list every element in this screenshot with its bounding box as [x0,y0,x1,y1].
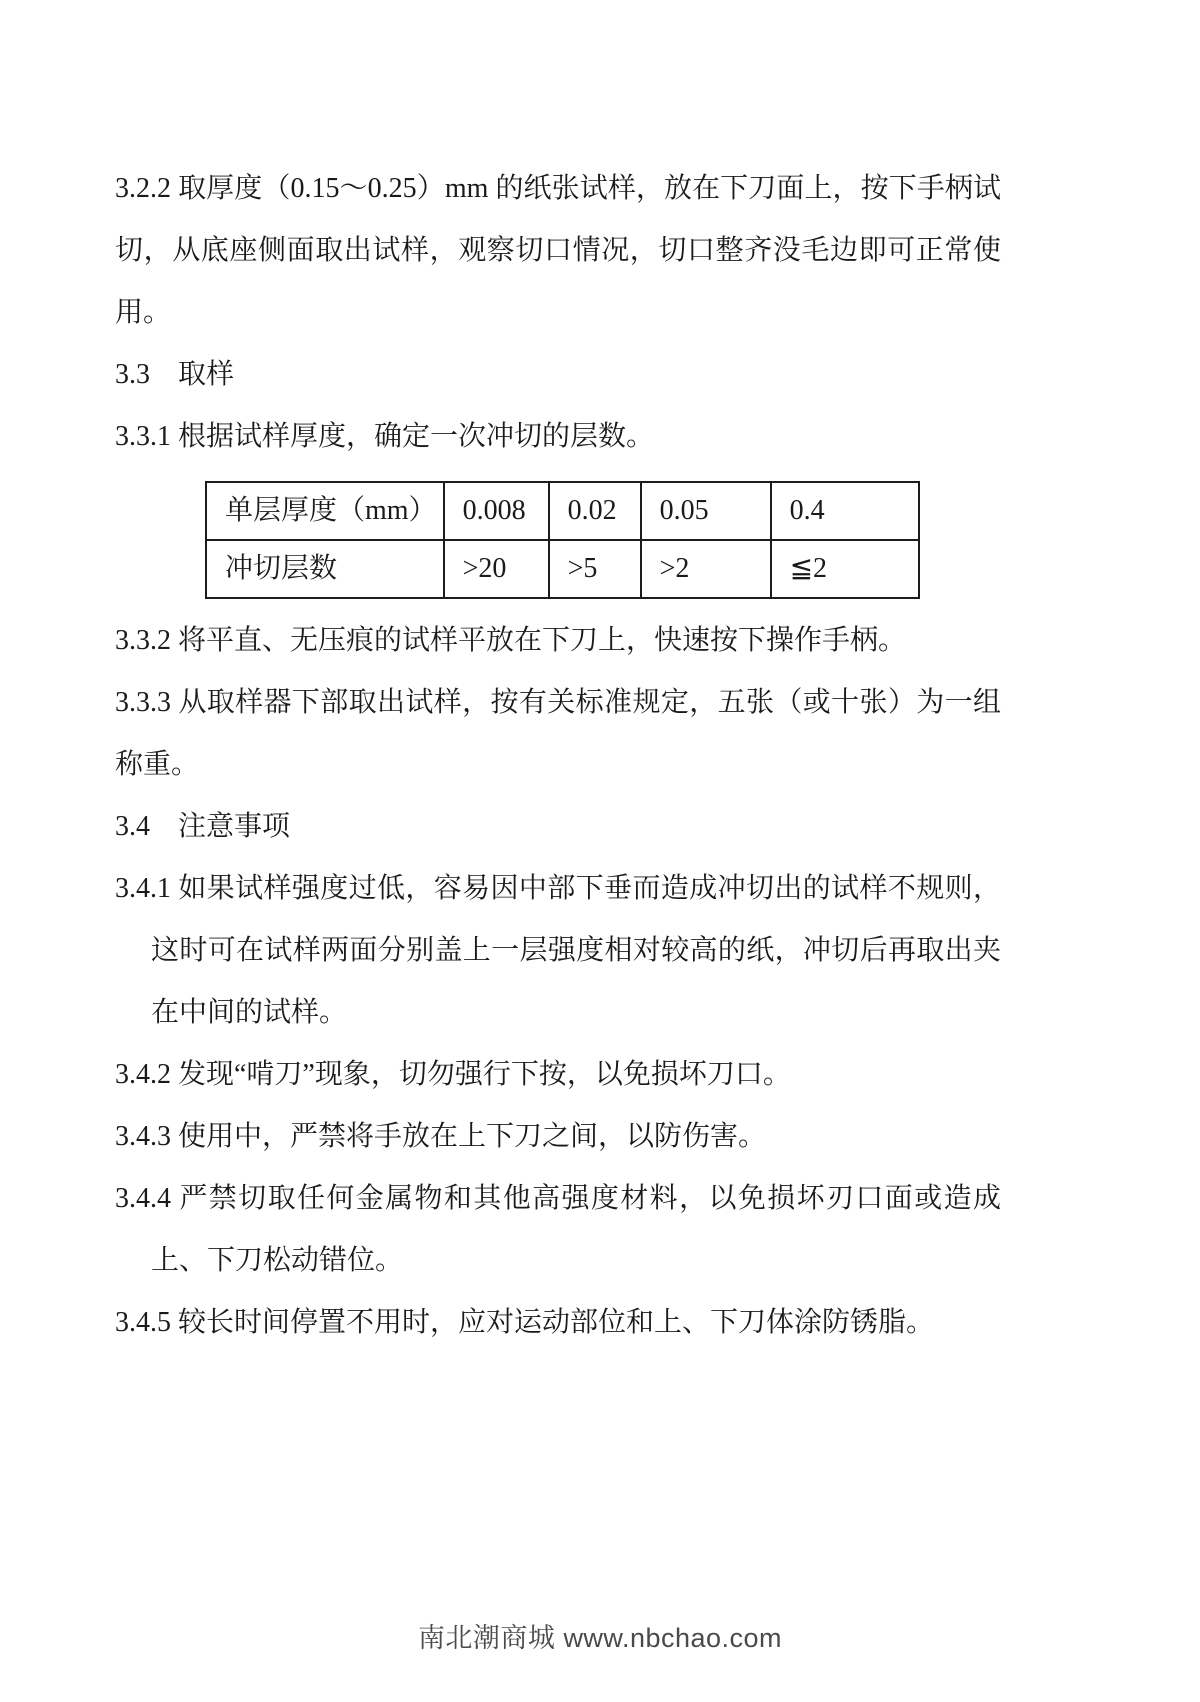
punch-layers-table: 单层厚度（mm） 0.008 0.02 0.05 0.4 冲切层数 >20 >5… [205,481,920,599]
paragraph-3-3-1: 3.3.1 根据试样厚度，确定一次冲切的层数。 [115,406,1001,468]
section-heading-3-3: 3.3 取样 [115,344,1001,406]
table-cell: 0.008 [444,482,549,540]
paragraph-3-4-5: 3.4.5 较长时间停置不用时，应对运动部位和上、下刀体涂防锈脂。 [115,1292,1001,1354]
document-body: 3.2.2 取厚度（0.15～0.25）mm 的纸张试样，放在下刀面上，按下手柄… [115,158,1001,1354]
table-cell: >5 [549,540,641,598]
footer: 南北潮商城 www.nbchao.com [0,1616,1200,1655]
section-heading-3-4: 3.4 注意事项 [115,796,1001,858]
paragraph-3-4-2: 3.4.2 发现“啃刀”现象，切勿强行下按，以免损坏刀口。 [115,1044,1001,1106]
paragraph-3-4-1: 3.4.1 如果试样强度过低，容易因中部下垂而造成冲切出的试样不规则，这时可在试… [115,858,1001,1044]
table-cell: 0.4 [771,482,919,540]
paragraph-3-4-4: 3.4.4 严禁切取任何金属物和其他高强度材料，以免损坏刃口面或造成上、下刀松动… [115,1168,1001,1292]
table-cell: ≦2 [771,540,919,598]
paragraph-3-4-3: 3.4.3 使用中，严禁将手放在上下刀之间，以防伤害。 [115,1106,1001,1168]
table-row-thickness: 单层厚度（mm） 0.008 0.02 0.05 0.4 [206,482,919,540]
table-cell: 0.02 [549,482,641,540]
table-cell: 0.05 [641,482,771,540]
document-page: 3.2.2 取厚度（0.15～0.25）mm 的纸张试样，放在下刀面上，按下手柄… [0,0,1200,1702]
footer-text: 南北潮商城 www.nbchao.com [418,1623,782,1653]
table-cell: >20 [444,540,549,598]
paragraph-3-3-3: 3.3.3 从取样器下部取出试样，按有关标准规定，五张（或十张）为一组称重。 [115,672,1001,796]
paragraph-3-3-2: 3.3.2 将平直、无压痕的试样平放在下刀上，快速按下操作手柄。 [115,610,1001,672]
table-row-layers: 冲切层数 >20 >5 >2 ≦2 [206,540,919,598]
table-cell: 冲切层数 [206,540,444,598]
table-cell: >2 [641,540,771,598]
paragraph-3-2-2: 3.2.2 取厚度（0.15～0.25）mm 的纸张试样，放在下刀面上，按下手柄… [115,158,1001,344]
table-cell: 单层厚度（mm） [206,482,444,540]
